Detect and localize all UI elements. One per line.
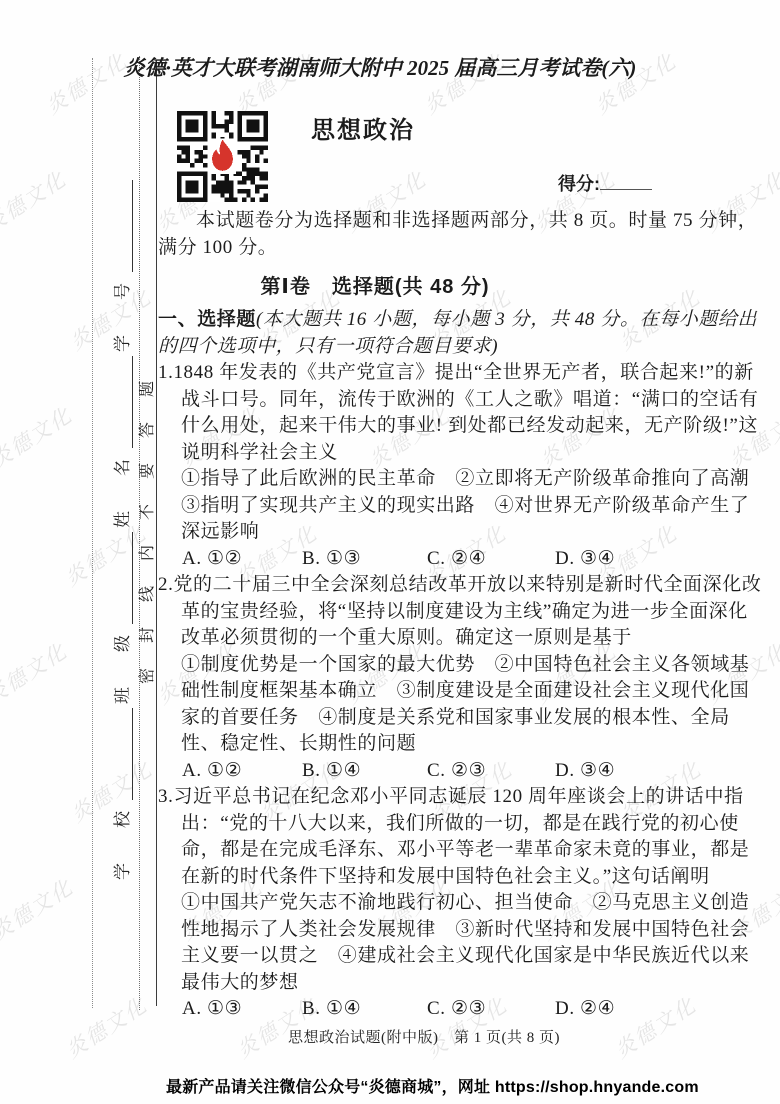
question-stem: 1.1848 年发表的《共产党宣言》提出“全世界无产者，联合起来!”的新战斗口号… xyxy=(158,360,762,466)
page-title: 炎德·英才大联考湖南师大附中 2025 届高三月考试卷(六) xyxy=(78,54,682,82)
question-2: 2.党的二十届三中全会深刻总结改革开放以来特别是新时代全面深化改革的宝贵经验，将… xyxy=(158,572,762,784)
student-number-blank xyxy=(126,180,133,272)
option-a: A. ①② xyxy=(182,758,302,785)
score-field: 得分: xyxy=(558,170,652,196)
question-number: 2. xyxy=(158,574,173,595)
name-blank xyxy=(126,356,133,448)
class-blank xyxy=(126,532,133,624)
promo-bar: 最新产品请关注微信公众号“炎德商城”，网址 https://shop.hnyan… xyxy=(166,1074,699,1097)
score-label: 得分: xyxy=(558,174,600,194)
question-options: A. ①③ B. ①④ C. ②③ D. ②④ xyxy=(182,996,762,1023)
option-c: C. ②③ xyxy=(427,758,555,785)
question-stem: 2.党的二十届三中全会深刻总结改革开放以来特别是新时代全面深化改革的宝贵经验，将… xyxy=(158,572,762,652)
watermark-text: 炎德文化 xyxy=(0,871,79,946)
question-stem-text: 党的二十届三中全会深刻总结改革开放以来特别是新时代全面深化改革的宝贵经验，将“坚… xyxy=(173,574,761,648)
watermark-text: 炎德文化 xyxy=(0,399,78,474)
watermark-text: 炎德文化 xyxy=(0,163,72,238)
question-1: 1.1848 年发表的《共产党宣言》提出“全世界无产者，联合起来!”的新战斗口号… xyxy=(158,360,762,572)
question-statements: ①制度优势是一个国家的最大优势 ②中国特色社会主义各领域基础性制度框架基本确立 … xyxy=(158,652,762,758)
school-blank xyxy=(126,708,133,800)
section-intro-label: 一、选择题 xyxy=(158,309,256,330)
question-statements: ①指导了此后欧洲的民主革命 ②立即将无产阶级革命推向了高潮 ③指明了实现共产主义… xyxy=(158,466,762,546)
section-intro: 一、选择题(本大题共 16 小题，每小题 3 分，共 48 分。在每小题给出的四… xyxy=(158,307,762,360)
question-number: 1. xyxy=(158,362,173,383)
student-field-number: 学 号 xyxy=(108,180,133,352)
exam-instructions: 本试题卷分为选择题和非选择题两部分，共 8 页。时量 75 分钟，满分 100 … xyxy=(158,208,762,261)
school-label: 学 校 xyxy=(108,802,133,880)
student-field-school: 学 校 xyxy=(108,708,133,880)
question-options: A. ①② B. ①④ C. ②③ D. ③④ xyxy=(182,758,762,785)
option-d: D. ③④ xyxy=(555,758,762,785)
option-a: A. ①③ xyxy=(182,996,302,1023)
question-stem: 3.习近平总书记在纪念邓小平同志诞辰 120 周年座谈会上的讲话中指出：“党的十… xyxy=(158,784,762,890)
option-b: B. ①④ xyxy=(302,758,427,785)
name-label: 姓 名 xyxy=(108,450,133,528)
watermark-text: 炎德文化 xyxy=(0,635,73,710)
question-statements: ①中国共产党矢志不渝地践行初心、担当使命 ②马克思主义创造性地揭示了人类社会发展… xyxy=(158,890,762,996)
question-number: 3. xyxy=(158,786,173,807)
option-b: B. ①④ xyxy=(302,996,427,1023)
question-3: 3.习近平总书记在纪念邓小平同志诞辰 120 周年座谈会上的讲话中指出：“党的十… xyxy=(158,784,762,1023)
student-field-class: 班 级 xyxy=(108,532,133,704)
question-options: A. ①② B. ①③ C. ②④ D. ③④ xyxy=(182,546,762,573)
page-edge-dotted-line xyxy=(92,58,93,1008)
page-footer: 思想政治试题(附中版) 第 1 页(共 8 页) xyxy=(122,1026,726,1047)
option-d: D. ③④ xyxy=(555,546,762,573)
subject-title: 思想政治 xyxy=(311,117,415,144)
section-heading: 第Ⅰ卷 选择题(共 48 分) xyxy=(73,273,677,301)
question-stem-text: 1848 年发表的《共产党宣言》提出“全世界无产者，联合起来!”的新战斗口号。同… xyxy=(173,362,758,463)
score-blank xyxy=(600,185,652,190)
subject-row: 思想政治 xyxy=(61,116,665,146)
student-field-name: 姓 名 xyxy=(108,356,133,528)
option-a: A. ①② xyxy=(182,546,302,573)
option-d: D. ②④ xyxy=(555,996,762,1023)
qr-code xyxy=(177,111,268,202)
option-c: C. ②③ xyxy=(427,996,555,1023)
question-stem-text: 习近平总书记在纪念邓小平同志诞辰 120 周年座谈会上的讲话中指出：“党的十八大… xyxy=(173,786,749,887)
option-b: B. ①③ xyxy=(302,546,427,573)
class-label: 班 级 xyxy=(108,626,133,704)
option-c: C. ②④ xyxy=(427,546,555,573)
